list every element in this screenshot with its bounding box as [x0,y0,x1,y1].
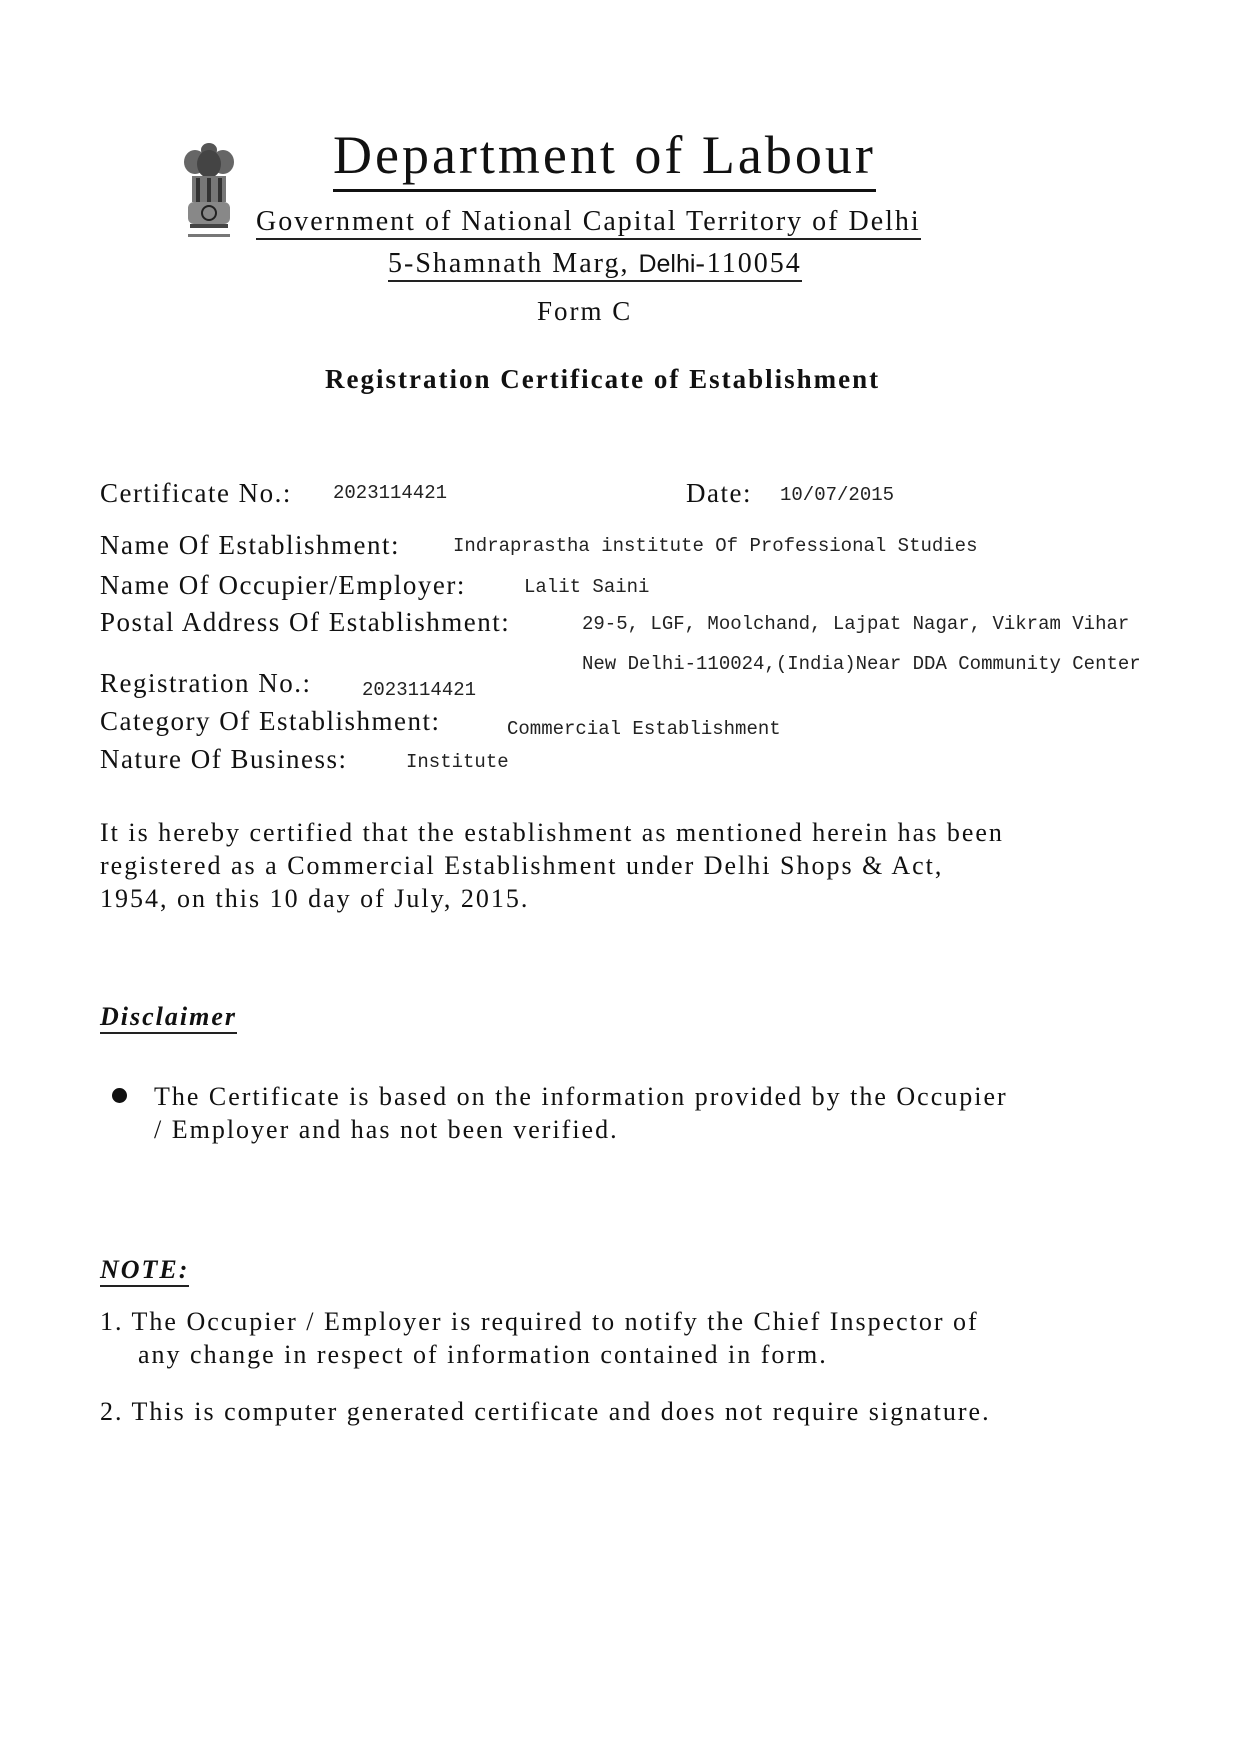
postal-address-line1: 29-5, LGF, Moolchand, Lajpat Nagar, Vikr… [582,613,1129,635]
address-city: Delhi [638,250,695,278]
disclaimer-line-2: / Employer and has not been verified. [154,1113,619,1146]
date-value: 10/07/2015 [780,484,894,506]
establishment-value: Indraprastha institute Of Professional S… [453,535,978,557]
address-pin: -110054 [695,248,801,279]
occupier-value: Lalit Saini [524,576,649,598]
certification-line-2: registered as a Commercial Establishment… [100,849,943,882]
postal-address-label: Postal Address Of Establishment: [100,607,510,638]
note-item-2: 2. This is computer generated certificat… [100,1395,991,1428]
address-street: 5-Shamnath Marg, [388,248,629,279]
occupier-label: Name Of Occupier/Employer: [100,570,466,601]
nature-label: Nature Of Business: [100,744,347,775]
nature-value: Institute [406,751,509,773]
registration-no-value: 2023114421 [362,679,476,701]
disclaimer-heading: Disclaimer [100,1002,237,1034]
disclaimer-line-1: The Certificate is based on the informat… [154,1080,1008,1113]
certification-line-3: 1954, on this 10 day of July, 2015. [100,882,529,915]
note-heading: NOTE: [100,1255,189,1287]
establishment-label: Name Of Establishment: [100,530,400,561]
bullet-icon [112,1088,127,1103]
certificate-no-value: 2023114421 [333,482,447,504]
postal-address-line2: New Delhi-110024,(India)Near DDA Communi… [582,653,1141,675]
certificate-subtitle: Registration Certificate of Establishmen… [325,364,880,395]
note-item-1-line-2: any change in respect of information con… [138,1338,828,1371]
category-label: Category Of Establishment: [100,706,440,737]
certification-line-1: It is hereby certified that the establis… [100,816,1004,849]
state-emblem-icon [180,138,238,246]
category-value: Commercial Establishment [507,718,781,740]
date-label: Date: [686,478,752,509]
certificate-no-label: Certificate No.: [100,478,292,509]
department-address: 5-Shamnath Marg, Delhi-110054 [388,248,802,282]
registration-no-label: Registration No.: [100,668,311,699]
government-name: Government of National Capital Territory… [256,206,921,240]
department-title: Department of Labour [333,125,876,192]
form-label: Form C [537,296,632,327]
note-item-1-line-1: 1. The Occupier / Employer is required t… [100,1305,979,1338]
